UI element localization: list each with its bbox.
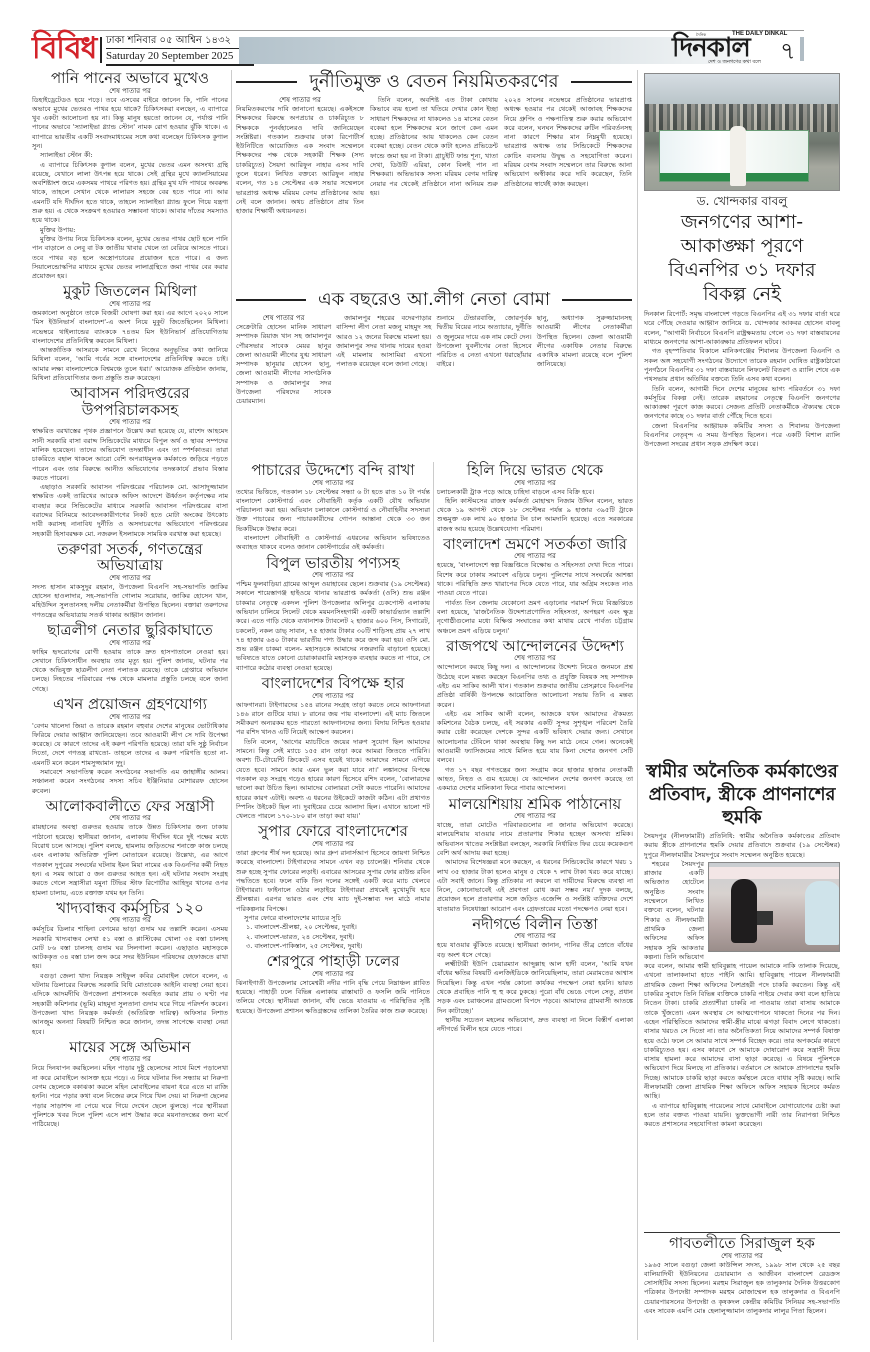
banner-headline-awami-league: এক বছরেও আ.লীগ নেতা বোমা bbox=[236, 288, 632, 312]
continuation-kicker: শেষ পাতার পর bbox=[32, 574, 228, 583]
threat-headline: স্বামীর অনৈতিক কর্মকাণ্ডের প্রতিবাদ, স্ত… bbox=[644, 760, 840, 832]
headline: বাংলাদেশের বিপক্ষে হার bbox=[236, 675, 430, 692]
text-column: জামালপুর শহরের বদেরপাড়ার বাসিন্দা লীগ ন… bbox=[336, 314, 431, 407]
rally-photo bbox=[644, 73, 840, 191]
paragraph: মুক্তির উপায় নিয়ে চিকিৎসক বলেন, মুখের … bbox=[32, 235, 228, 281]
paragraph: শুনামে টেন্ডারবাজি, জোরপূর্বক দ্বিতীয় ব… bbox=[437, 314, 532, 370]
headline: পানি পানের অভাবে মুখেও bbox=[32, 70, 228, 87]
subhead: স্যালাইভা স্টোন কী: bbox=[32, 151, 228, 160]
leader-figure bbox=[730, 126, 746, 186]
headline: খাদ্যবান্ধব কর্মসূচির ১২০ bbox=[32, 900, 228, 917]
middle-left-subcolumn: পাচারের উদ্দেশ্যে বন্দি রাখা শেষ পাতার প… bbox=[236, 462, 430, 1016]
article-corruption-body: শেষ পাতার পর নিয়মিতকরণের দাবি জানানো হয… bbox=[236, 96, 632, 217]
continuation-kicker: শেষ পাতার পর bbox=[437, 552, 633, 561]
headline: গাবতলীতে সিরাজুল হক bbox=[644, 1235, 840, 1252]
paragraph: তারা গ্রুপের শীর্ষ দল হয়েছে। আর গ্রুপ র… bbox=[236, 849, 430, 914]
headline: দুর্নীতিমুক্ত ও বেতন নিয়মিতকরণের bbox=[297, 67, 570, 98]
dateline: ঢাকা শনিবার ০৫ আশ্বিন ১৪৩২ Saturday 20 S… bbox=[106, 35, 254, 66]
woman-in-black-figure bbox=[731, 879, 757, 943]
continuation-kicker: শেষ পাতার পর bbox=[236, 314, 331, 323]
continuation-kicker: শেষ পাতার পর bbox=[437, 654, 633, 663]
paragraph: আমাদের বিশেষজ্ঞরা মনে করছেন, এ ধরনের সিন… bbox=[437, 858, 633, 914]
text-column: তিনি বলেন, অবশিষ্ট এত টাকা কোথায় কিভাবে… bbox=[370, 96, 498, 217]
paragraph: জামালপুর শহরের বদেরপাড়ার বাসিন্দা লীগ ন… bbox=[336, 314, 431, 370]
banner-rule bbox=[236, 299, 306, 301]
paragraph: চলাচলকারী ট্রাক পড়ে আছে চাহিদা বাড়লে এ… bbox=[437, 488, 633, 497]
paragraph: দিনকাল রিপোর্ট: সমৃদ্ধ বাংলাদেশ গড়তে বি… bbox=[644, 310, 840, 347]
headline: এখন প্রয়োজন গ্রহণযোগ্য bbox=[32, 696, 228, 713]
paragraph: ২০২৪ সালের নভেম্বরে প্রতিষ্ঠানের ভারপ্রা… bbox=[504, 96, 632, 189]
fixture-item: ৩. বাংলাদেশ-পাকিস্তান, ২৫ সেপ্টেম্বর, দু… bbox=[236, 942, 430, 951]
paragraph: হয়ে যাওয়ার ঝুঁকিতে রয়েছে। স্থানীয়রা … bbox=[437, 941, 633, 960]
paragraph: আফগানরা। টাইগারদের ১৫৪ রানের সংগ্রহ তাড়… bbox=[236, 701, 430, 738]
fixture-item: ২. বাংলাদেশ-ভারত, ২৪ সেপ্টেম্বর, দুবাই। bbox=[236, 933, 430, 942]
headline: মুকুট জিতলেন মিথিলা bbox=[32, 283, 228, 300]
article-mithila: মুকুট জিতলেন মিথিলা শেষ পাতার পর জমকালো … bbox=[32, 283, 228, 383]
paragraph: বগুড়া জেলা খাদ্য নিয়ন্ত্রক সাইফুল কবির… bbox=[32, 972, 228, 1037]
article-rajpath: রাজপথে আন্দোলনের উদ্দেশ্য শেষ পাতার পর আ… bbox=[437, 638, 633, 794]
banner-rule bbox=[571, 81, 632, 83]
headline: বাংলাদেশ ভ্রমণে সতর্কতা জারি bbox=[437, 536, 633, 553]
lead-headline: জনগণের আশা-আকাঙ্ক্ষা পূরণে বিএনপির ৩১ দফ… bbox=[644, 208, 840, 310]
page-number: ৭ bbox=[780, 33, 796, 73]
right-obituary-story: গাবতলীতে সিরাজুল হক শেষ পাতার পর ১৯৬৫ সা… bbox=[644, 1232, 840, 1316]
continuation-kicker: শেষ পাতার পর bbox=[32, 713, 228, 722]
paragraph: পশ্চিম ফুলবাড়িয়া গ্রামের আব্দুল ওয়াহা… bbox=[236, 580, 430, 673]
paragraph: এ ব্যাপারে চিকিৎসক কুণাল বলেন, মুখের ভেত… bbox=[32, 161, 228, 226]
microphone-image bbox=[757, 911, 773, 925]
headline: নদীগর্ভে বিলীন তিস্তা bbox=[437, 916, 633, 933]
continuation-kicker: শেষ পাতার পর bbox=[437, 812, 633, 821]
middle-right-subcolumn: হিলি দিয়ে ভারত থেকে শেষ পাতার পর চলাচলক… bbox=[437, 462, 633, 1034]
continuation-kicker: শেষ পাতার পর bbox=[32, 639, 228, 648]
headline: আবাসন পরিদপ্তরের উপপরিচালকসহ bbox=[32, 385, 228, 418]
press-sign-image bbox=[709, 867, 839, 879]
paragraph: ডিহাইড্রেটেডও হয়ে পড়ে। তবে এসবের বাইরে… bbox=[32, 96, 228, 152]
article-awami-body: শেষ পাতার পর সেক্রেটারি হোসেন মানিক সাধা… bbox=[236, 314, 632, 407]
article-food-program: খাদ্যবান্ধব কর্মসূচির ১২০ শেষ পাতার পর ক… bbox=[32, 900, 228, 1037]
paragraph: লক্ষ্মীটারী ইউপি চেয়ারম্যান আব্দুল্লাহ … bbox=[437, 960, 633, 1016]
article-mother: মায়ের সঙ্গে অভিমান শেষ পাতার পর নিয়ে দ… bbox=[32, 1039, 228, 1130]
right-threat-story: স্বামীর অনৈতিক কর্মকাণ্ডের প্রতিবাদ, স্ত… bbox=[644, 760, 840, 1130]
fixtures-title: সুপার ফোরে বাংলাদেশের ম্যাচের সূচি bbox=[236, 914, 430, 923]
article-youth: তরুণরা সতর্ক, গণতন্ত্রের অভিযাত্রায় শেষ… bbox=[32, 541, 228, 620]
headline: হিলি দিয়ে ভারত থেকে bbox=[437, 462, 633, 479]
paragraph: রায়হানের অবস্থা গুরুতর হওয়ায় তাকে উন্… bbox=[32, 823, 228, 897]
paragraph: কর্মসূচির ডিলার শাহিনা বেগমের ভাড়া গুদা… bbox=[32, 925, 228, 971]
paragraph: জমকালো অনুষ্ঠানে তাকে বিজয়ী ঘোষণা করা হ… bbox=[32, 309, 228, 346]
paragraph: ছানু, অধ্যাপক সুরুজ্জামানসহ আওয়ামী লীগে… bbox=[537, 314, 632, 370]
headline: শেরপুরে পাহাড়ী ঢলের bbox=[236, 953, 430, 970]
headline: ছাত্রলীগ নেতার ছুরিকাঘাতে bbox=[32, 622, 228, 639]
photo-caption-name: ড. খোন্দকার বাবলু bbox=[644, 195, 840, 208]
article-hili: হিলি দিয়ে ভারত থেকে শেষ পাতার পর চলাচলক… bbox=[437, 462, 633, 534]
article-water: পানি পানের অভাবে মুখেও শেষ পাতার পর ডিহা… bbox=[32, 70, 228, 281]
paragraph: এছাড়াও সরকারি আবাসন পরিদপ্তরের পরিচালক … bbox=[32, 483, 228, 539]
continuation-kicker: শেষ পাতার পর bbox=[236, 96, 364, 105]
article-terrorist: আলোকবালীতে ফের সন্ত্রাসী শেষ পাতার পর রা… bbox=[32, 798, 228, 898]
continuation-kicker: শেষ পাতার পর bbox=[236, 692, 430, 701]
headline: রাজপথে আন্দোলনের উদ্দেশ্য bbox=[437, 638, 633, 655]
column-divider bbox=[231, 70, 232, 1340]
column-divider bbox=[433, 462, 434, 1342]
paragraph: জেলা বিএনপির আহ্বায়ক কমিটির সদস্য ও শিব… bbox=[644, 422, 840, 450]
article-teesta: নদীগর্ভে বিলীন তিস্তা শেষ পাতার পর হয়ে … bbox=[437, 916, 633, 1034]
paragraph: তথ্যের ভিত্তিতে, গতকাল ১৮ সেপ্টেম্বর সন্… bbox=[236, 488, 430, 534]
continuation-kicker: শেষ পাতার পর bbox=[32, 300, 228, 309]
paragraph: যাচ্ছে, তারা মোটেও পরিবারগুলোর না জানার … bbox=[437, 821, 633, 858]
paragraph: 'বেগম খালেদা জিয়া ও তারেক রহমান বহুবার … bbox=[32, 722, 228, 768]
continuation-kicker: শেষ পাতার পর bbox=[32, 1055, 228, 1064]
article-malaysia: মালয়েশিয়ায় শ্রমিক পাঠানোয় শেষ পাতার … bbox=[437, 796, 633, 914]
column-divider bbox=[637, 70, 638, 1340]
paragraph: তিনি বলেন, অবশিষ্ট এত টাকা কোথায় কিভাবে… bbox=[370, 96, 498, 198]
date-bangla: ঢাকা শনিবার ০৫ আশ্বিন ১৪৩২ bbox=[106, 35, 254, 49]
text-column: শুনামে টেন্ডারবাজি, জোরপূর্বক দ্বিতীয় ব… bbox=[437, 314, 532, 407]
paragraph: বাংলাদেশ নৌবাহিনী ও কোস্টগার্ড এধরনের অভ… bbox=[236, 534, 430, 553]
page-number-bar bbox=[800, 37, 804, 61]
headline: বিপুল ভারতীয় পণ্যসহ bbox=[236, 555, 430, 572]
text-column: শেষ পাতার পর সেক্রেটারি হোসেন মানিক সাধা… bbox=[236, 314, 331, 407]
headline: সুপার ফোরে বাংলাদেশের bbox=[236, 823, 430, 840]
continuation-kicker: শেষ পাতার পর bbox=[437, 479, 633, 488]
logo-divider bbox=[100, 37, 102, 63]
continuation-kicker: শেষ পাতার পর bbox=[236, 840, 430, 849]
paragraph: গত বৃহস্পতিবার বিকালে মানিকগঞ্জের শিবালয… bbox=[644, 347, 840, 384]
banner-rule bbox=[562, 299, 632, 301]
paper-slogan: দেশ ও জনগণের কথা বলে bbox=[708, 59, 761, 67]
paragraph: এইচ এম সাকিব আলী বলেন, আজকে যখন আমাদের ঐ… bbox=[437, 710, 633, 766]
subhead: মুক্তির উপায়: bbox=[32, 226, 228, 235]
headline: তরুণরা সতর্ক, গণতন্ত্রের অভিযাত্রায় bbox=[32, 541, 228, 574]
paragraph: ফাহিম হৃদরোগের রোগী হওয়ায় তাকে দ্রুত হ… bbox=[32, 648, 228, 694]
paragraph: হিলি কাস্টমসের রাজস্ব কর্মকর্তা মোহাম্মদ… bbox=[437, 497, 633, 534]
banner-rule bbox=[236, 81, 297, 83]
section-logo: বিবিধ bbox=[32, 34, 96, 64]
article-housing: আবাসন পরিদপ্তরের উপপরিচালকসহ শেষ পাতার প… bbox=[32, 385, 228, 539]
paragraph: গত ১৭ বছর গণতন্ত্রের জন্য সংগ্রাম করে হা… bbox=[437, 766, 633, 794]
paragraph: নিয়মিতকরণের দাবি জানানো হয়েছে। একইসঙ্গ… bbox=[236, 105, 364, 217]
article-indian-goods: বিপুল ভারতীয় পণ্যসহ শেষ পাতার পর পশ্চিম… bbox=[236, 555, 430, 673]
paragraph: তিনি বলেন, আগামী দিনে দেশের মানুষের ভাগ্… bbox=[644, 385, 840, 422]
newspaper-logo: দৈনিক THE DAILY DINKAL দিনকাল দেশ ও জনগণ… bbox=[672, 31, 792, 67]
text-column: ২০২৪ সালের নভেম্বরে প্রতিষ্ঠানের ভারপ্রা… bbox=[504, 96, 632, 217]
article-trafficking: পাচারের উদ্দেশ্যে বন্দি রাখা শেষ পাতার প… bbox=[236, 462, 430, 553]
paragraph: ঝিনাইগাতী উপজেলার সোমেশ্বরী নদীর পানি বৃ… bbox=[236, 979, 430, 1016]
continuation-kicker: শেষ পাতার পর bbox=[32, 87, 228, 96]
paragraph: স্বাক্ষরিত বরখাস্তের পৃথক প্রজ্ঞাপনে উল্… bbox=[32, 427, 228, 483]
article-sherpur: শেরপুরে পাহাড়ী ঢলের শেষ পাতার পর ঝিনাইগ… bbox=[236, 953, 430, 1016]
article-travel-advisory: বাংলাদেশ ভ্রমণে সতর্কতা জারি শেষ পাতার প… bbox=[437, 536, 633, 636]
headline: মালয়েশিয়ায় শ্রমিক পাঠানোয় bbox=[437, 796, 633, 813]
continuation-kicker: শেষ পাতার পর bbox=[236, 970, 430, 979]
paragraph: সদস্য হাসান মাকসুদুর রহমান, উপজেলা বিএনপ… bbox=[32, 583, 228, 620]
headline: এক বছরেও আ.লীগ নেতা বোমা bbox=[306, 285, 562, 316]
continuation-kicker: শেষ পাতার পর bbox=[32, 916, 228, 925]
text-column: শেষ পাতার পর নিয়মিতকরণের দাবি জানানো হয… bbox=[236, 96, 364, 217]
paragraph: স্থানীয় সচেতন মহলের অভিযোগ, দ্রুত ব্যবস… bbox=[437, 1016, 633, 1035]
masthead: বিবিধ ঢাকা শনিবার ০৫ আশ্বিন ১৪৩২ Saturda… bbox=[32, 30, 804, 66]
article-acceptable: এখন প্রয়োজন গ্রহণযোগ্য শেষ পাতার পর 'বে… bbox=[32, 696, 228, 796]
paragraph: তিনি বলেন, 'আগের ম্যাচটিতে জয়ের দারুণ স… bbox=[236, 738, 430, 822]
paragraph: ১৯৬৫ সালে বগুড়া জেলা কাউন্সিল সদস্য, ১৯… bbox=[644, 1261, 840, 1317]
banner-headline-corruption: দুর্নীতিমুক্ত ও বেতন নিয়মিতকরণের bbox=[236, 70, 632, 94]
article-stabbing: ছাত্রলীগ নেতার ছুরিকাঘাতে শেষ পাতার পর ফ… bbox=[32, 622, 228, 694]
paragraph: পার্বত্য তিন জেলায় যেকোনো ভ্রমণ এড়ানোর… bbox=[437, 599, 633, 636]
date-english: Saturday 20 September 2025 bbox=[106, 49, 254, 66]
paragraph: সৈয়দপুর (নীলফামারী) প্রতিনিধি: স্বামীর … bbox=[644, 832, 840, 860]
continuation-kicker: শেষ পাতার পর bbox=[32, 418, 228, 427]
headline: আলোকবালীতে ফের সন্ত্রাসী bbox=[32, 798, 228, 815]
left-column: পানি পানের অভাবে মুখেও শেষ পাতার পর ডিহা… bbox=[32, 70, 228, 1129]
continuation-kicker: শেষ পাতার পর bbox=[644, 1252, 840, 1261]
article-bangladesh-loss: বাংলাদেশের বিপক্ষে হার শেষ পাতার পর আফগা… bbox=[236, 675, 430, 821]
paragraph: সমাবেশে সভাপতিত্ব করেন সংগঠনের সভাপতি এম… bbox=[32, 768, 228, 796]
woman-in-blue-figure bbox=[805, 881, 840, 945]
fixture-item: ১. বাংলাদেশ-শ্রীলঙ্কা, ২০ সেপ্টেম্বর, দু… bbox=[236, 923, 430, 932]
paragraph: সেক্রেটারি হোসেন মানিক সাধারণ সম্পাদক রি… bbox=[236, 323, 331, 407]
paragraph: আন্তর্জাতিক আসরকে সামনে রেখে নিজের অনুভূ… bbox=[32, 346, 228, 383]
right-lead-story: ড. খোন্দকার বাবলু জনগণের আশা-আকাঙ্ক্ষা প… bbox=[644, 195, 840, 450]
paragraph: এ ব্যাপারে হাবিবুল্লাহ পায়েলের সাথে মোব… bbox=[644, 1102, 840, 1130]
paper-name-bangla: দিনকাল bbox=[672, 35, 750, 61]
continuation-kicker: শেষ পাতার পর bbox=[236, 479, 430, 488]
paragraph: আন্দোলনে করছে কিছু দল। এ আন্দোলনের উদ্দে… bbox=[437, 663, 633, 709]
press-conference-photo bbox=[708, 862, 840, 952]
paragraph: হয়েছে, 'বাংলাদেশে স্বল্প বিজ্ঞপ্তিতে বি… bbox=[437, 561, 633, 598]
headline: পাচারের উদ্দেশ্যে বন্দি রাখা bbox=[236, 462, 430, 479]
paragraph: নিয়ে দিনযাপন করছিলেন। মহিন পাড়ার দুষ্ট… bbox=[32, 1064, 228, 1129]
continuation-kicker: শেষ পাতার পর bbox=[236, 571, 430, 580]
headline: মায়ের সঙ্গে অভিমান bbox=[32, 1039, 228, 1056]
article-super-four: সুপার ফোরে বাংলাদেশের শেষ পাতার পর তারা … bbox=[236, 823, 430, 951]
text-column: ছানু, অধ্যাপক সুরুজ্জামানসহ আওয়ামী লীগে… bbox=[537, 314, 632, 407]
